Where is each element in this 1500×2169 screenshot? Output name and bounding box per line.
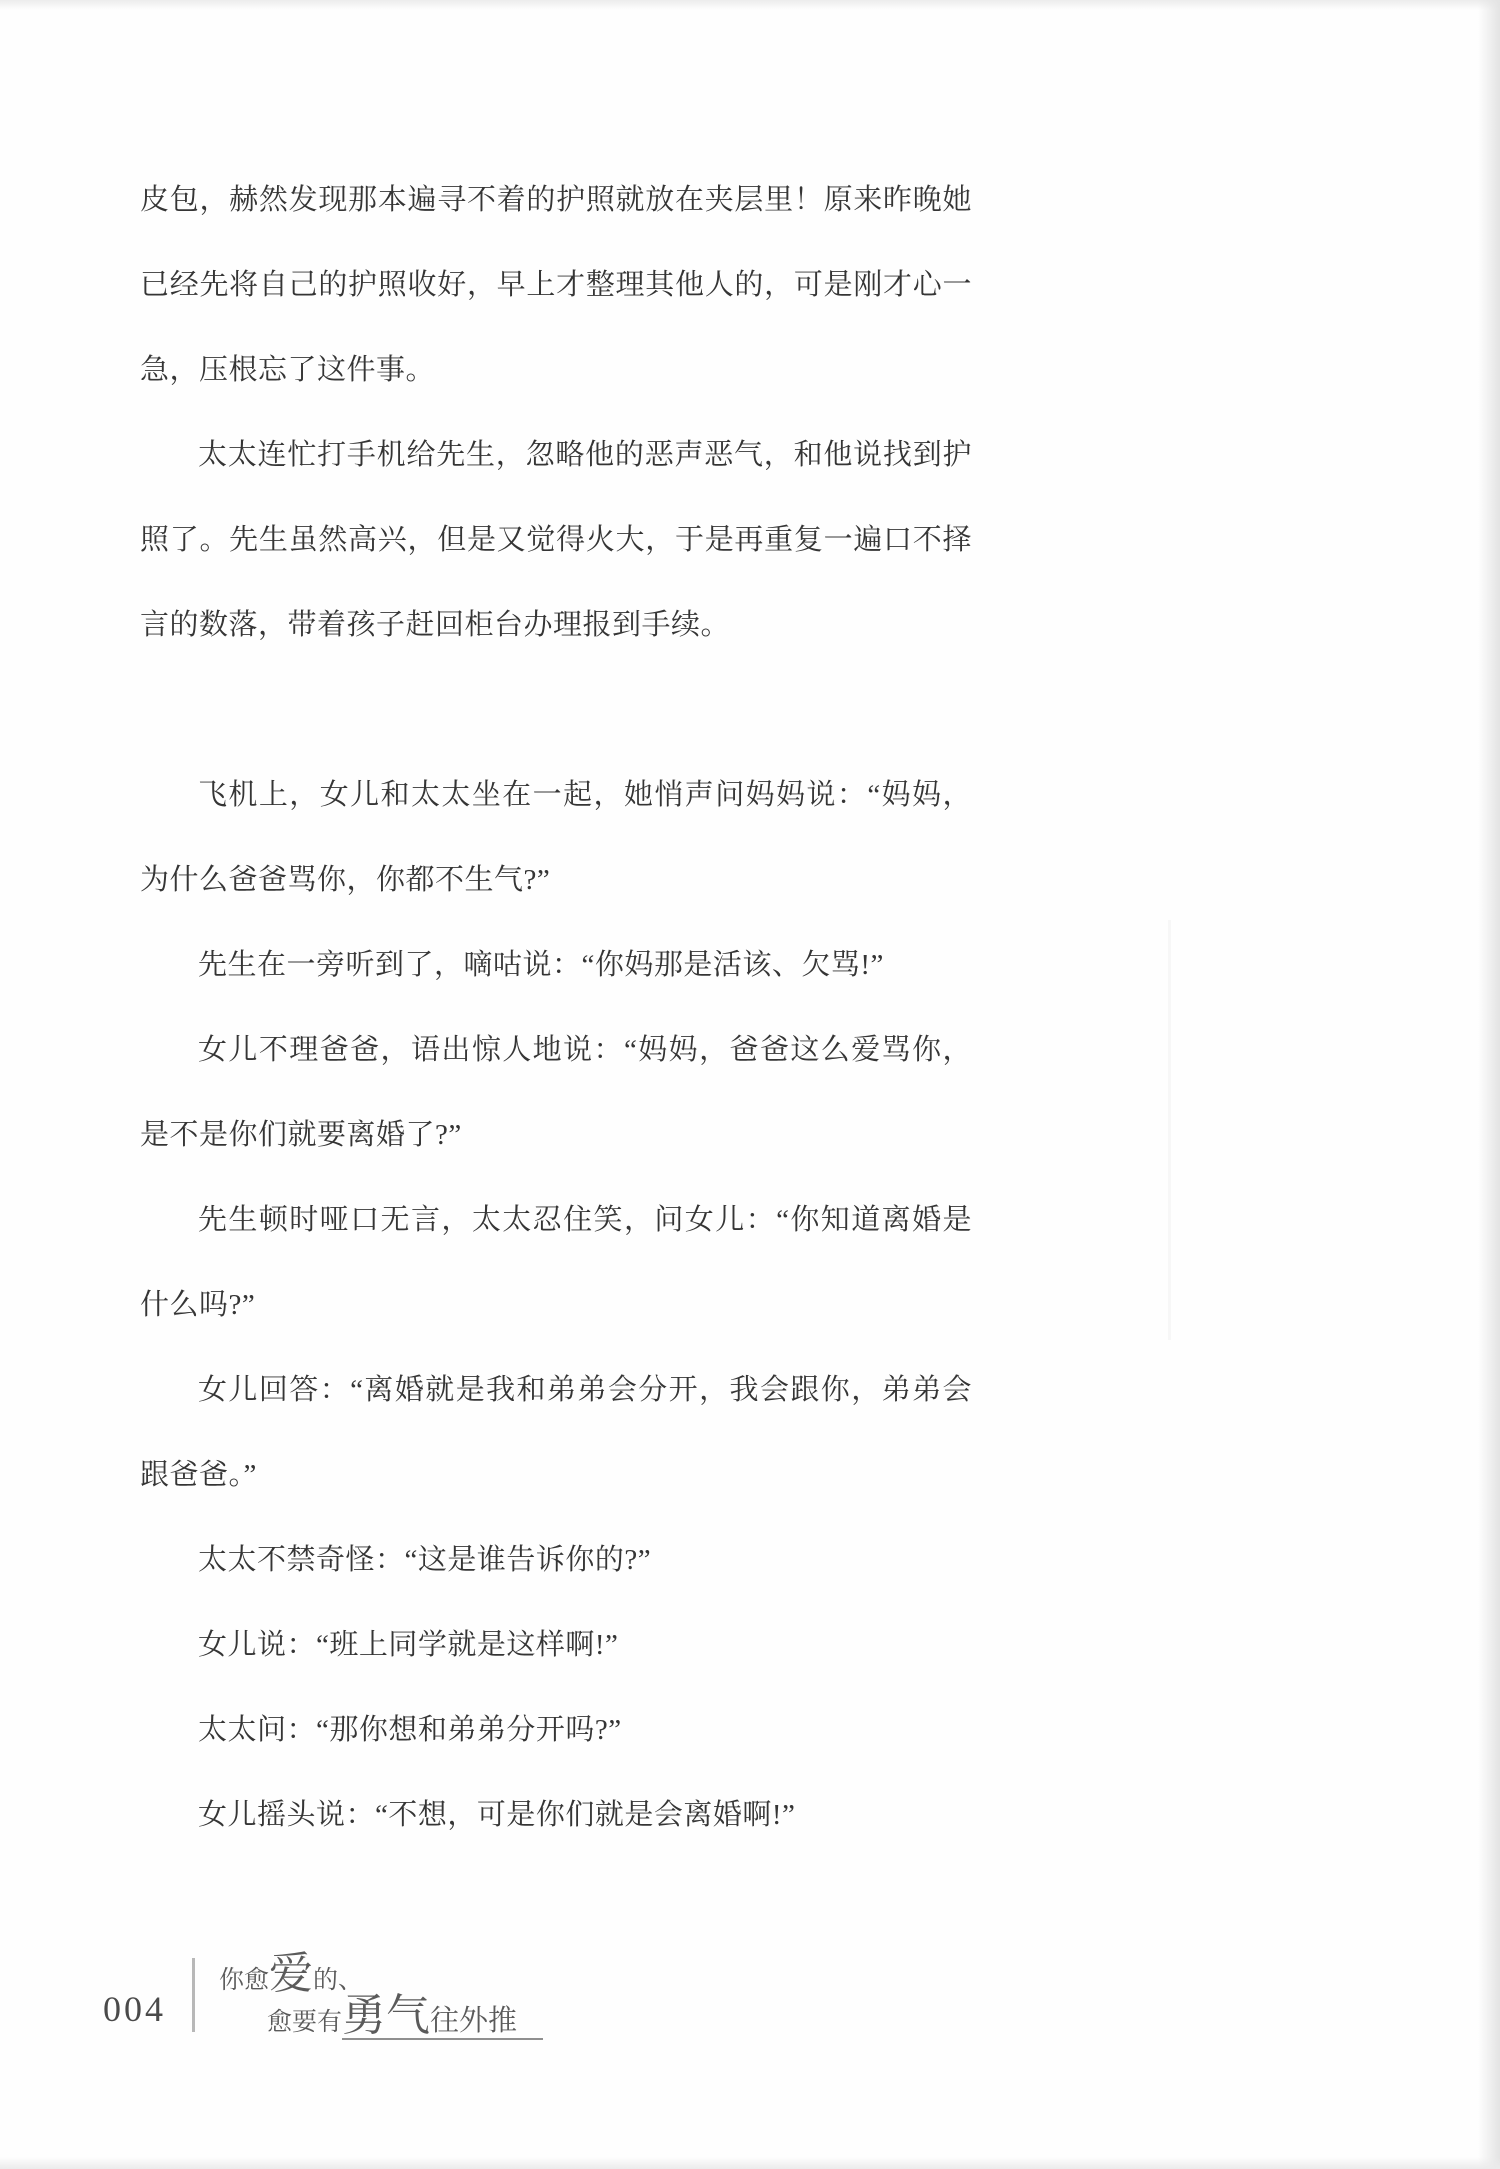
title-text: 往外推 (430, 2005, 517, 2037)
title-text-accent: 勇气 (342, 1991, 430, 2040)
footer-divider (192, 1958, 195, 2032)
title-text: 的、 (313, 1967, 363, 1994)
paragraph: 女儿说：“班上同学就是这样啊!” (140, 1603, 972, 1688)
paragraph: 太太不禁奇怪：“这是谁告诉你的?” (140, 1518, 972, 1603)
paragraph: 先生顿时哑口无言，太太忍住笑，问女儿：“你知道离婚是什么吗?” (140, 1178, 972, 1348)
scan-artifact (0, 0, 1500, 10)
paragraph: 太太问：“那你想和弟弟分开吗?” (140, 1688, 972, 1773)
scan-artifact (1478, 0, 1500, 2169)
book-title: 你愈爱的、 愈要有勇气往外推 (219, 1952, 543, 2038)
title-underline: 勇气往外推 (342, 2009, 543, 2040)
paragraph: 皮包，赫然发现那本遍寻不着的护照就放在夹层里！原来昨晚她已经先将自己的护照收好，… (140, 158, 972, 413)
paragraph: 女儿不理爸爸，语出惊人地说：“妈妈，爸爸这么爱骂你，是不是你们就要离婚了?” (140, 1008, 972, 1178)
paragraph: 先生在一旁听到了，嘀咕说：“你妈那是活该、欠骂!” (140, 923, 972, 1008)
book-page: 皮包，赫然发现那本遍寻不着的护照就放在夹层里！原来昨晚她已经先将自己的护照收好，… (0, 0, 1500, 2169)
scan-artifact (0, 2157, 1500, 2169)
body-text: 皮包，赫然发现那本遍寻不着的护照就放在夹层里！原来昨晚她已经先将自己的护照收好，… (140, 158, 972, 1858)
scan-artifact (1168, 920, 1171, 1340)
paragraph: 太太连忙打手机给先生，忽略他的恶声恶气，和他说找到护照了。先生虽然高兴，但是又觉… (140, 413, 972, 668)
page-number: 004 (103, 1988, 166, 2030)
book-title-line1: 你愈爱的、 (219, 1952, 543, 1996)
title-text: 你愈 (219, 1967, 269, 1994)
page-footer: 004 你愈爱的、 愈要有勇气往外推 (103, 1952, 543, 2038)
book-title-line2: 愈要有勇气往外推 (267, 1994, 543, 2038)
paragraph: 女儿回答：“离婚就是我和弟弟会分开，我会跟你，弟弟会跟爸爸。” (140, 1348, 972, 1518)
title-text-accent: 爱 (269, 1949, 313, 1998)
paragraph: 女儿摇头说：“不想，可是你们就是会离婚啊!” (140, 1773, 972, 1858)
paragraph: 飞机上，女儿和太太坐在一起，她悄声问妈妈说：“妈妈，为什么爸爸骂你，你都不生气?… (140, 753, 972, 923)
title-text: 愈要有 (267, 2009, 342, 2036)
